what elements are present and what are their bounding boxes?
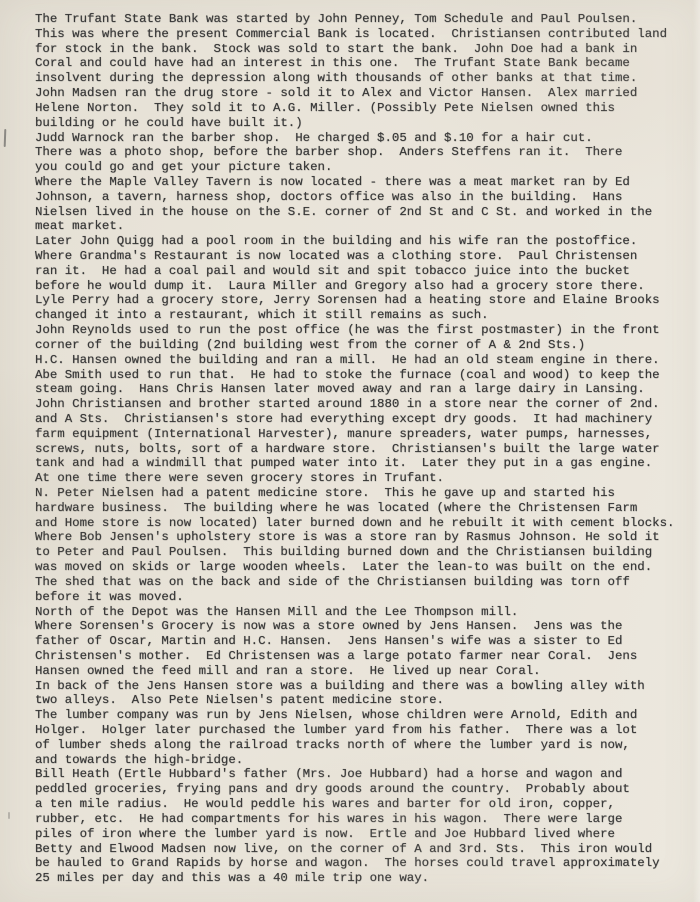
scan-artifact	[4, 129, 7, 147]
paragraph: The Trufant State Bank was started by Jo…	[35, 12, 690, 86]
paragraph: The lumber company was run by Jens Niels…	[35, 708, 690, 767]
paragraph: John Reynolds used to run the post offic…	[35, 323, 690, 353]
paragraph: Judd Warnock ran the barber shop. He cha…	[35, 131, 690, 146]
paragraph: Where the Maple Valley Tavern is now loc…	[35, 175, 690, 234]
paragraph: Lyle Perry had a grocery store, Jerry So…	[35, 293, 690, 323]
paragraph: N. Peter Nielsen had a patent medicine s…	[35, 486, 690, 530]
paragraph: North of the Depot was the Hansen Mill a…	[35, 605, 690, 620]
paragraph: Bill Heath (Ertle Hubbard's father (Mrs.…	[35, 767, 690, 886]
document-body: The Trufant State Bank was started by Jo…	[35, 12, 690, 886]
paragraph: There was a photo shop, before the barbe…	[35, 145, 690, 175]
scan-edge	[693, 0, 700, 902]
scan-artifact	[8, 812, 10, 819]
scanned-page: The Trufant State Bank was started by Jo…	[0, 0, 700, 902]
paragraph: Where Sorensen's Grocery is now was a st…	[35, 619, 690, 678]
paragraph: Where Bob Jensen's upholstery store is w…	[35, 530, 690, 604]
paragraph: At one time there were seven grocery sto…	[35, 471, 690, 486]
paragraph: Later John Quigg had a pool room in the …	[35, 234, 690, 249]
paragraph: H.C. Hansen owned the building and ran a…	[35, 353, 690, 397]
paragraph: Where Grandma's Restaurant is now locate…	[35, 249, 690, 293]
paragraph: John Christiansen and brother started ar…	[35, 397, 690, 471]
paragraph: John Madsen ran the drug store - sold it…	[35, 86, 690, 130]
paragraph: In back of the Jens Hansen store was a b…	[35, 679, 690, 709]
